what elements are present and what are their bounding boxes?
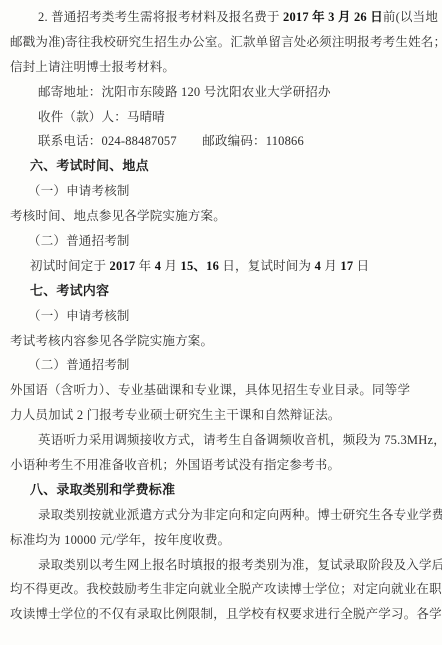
text-run: 月 xyxy=(161,259,180,273)
text-line: （一）申请考核制 xyxy=(0,304,442,329)
text-line: 初试时间定于 2017 年 4 月 15、16 日，复试时间为 4 月 17 日 xyxy=(0,254,442,279)
text-run: 邮戳为准)寄往我校研究生招生办公室。汇款单留言处必须注明报考考生姓名； xyxy=(10,35,442,49)
text-run: 外国语（含听力）、专业基础课和专业课，具体见招生专业目录。同等学 xyxy=(10,383,410,397)
text-run: 信封上请注明博士报考材料。 xyxy=(10,60,175,74)
text-line: 联系电话：024-88487057 邮政编码：110866 xyxy=(0,129,442,154)
text-line: 考核时间、地点参见各学院实施方案。 xyxy=(0,204,442,229)
bold-text-run: 2017 年 3 月 26 日 xyxy=(283,10,383,24)
text-line: 录取类别以考生网上报名时填报的报考类别为准，复试录取阶段及入学后 xyxy=(0,553,442,578)
text-line: 均不得更改。我校鼓励考生非定向就业全脱产攻读博士学位；对定向就业在职 xyxy=(0,577,442,602)
text-line: （一）申请考核制 xyxy=(0,179,442,204)
text-run: 均不得更改。我校鼓励考生非定向就业全脱产攻读博士学位；对定向就业在职 xyxy=(10,582,442,596)
text-run: 七、考试内容 xyxy=(30,283,109,298)
text-run: 2. 普通招考类考生需将报考材料及报名费于 xyxy=(38,10,283,24)
text-run: 收件（款）人：马晴晴 xyxy=(38,110,165,124)
text-line: 外国语（含听力）、专业基础课和专业课，具体见招生专业目录。同等学 xyxy=(0,378,442,403)
text-line: 英语听力采用调频接收方式，请考生自备调频收音机，频段为 75.3MHz， xyxy=(0,428,442,453)
text-line: 小语种考生不用准备收音机；外国语考试没有指定参考书。 xyxy=(0,453,442,478)
text-run: （一）申请考核制 xyxy=(28,184,130,198)
text-line: 邮戳为准)寄往我校研究生招生办公室。汇款单留言处必须注明报考考生姓名； xyxy=(0,30,442,55)
text-run: 力人员加试 2 门报考专业硕士研究生主干课和自然辩证法。 xyxy=(10,408,341,422)
text-run: 六、考试时间、地点 xyxy=(30,158,149,173)
text-run: （二）普通招考制 xyxy=(28,234,130,248)
text-run: 标准均为 10000 元/学年，按年度收费。 xyxy=(10,533,230,547)
text-run: （一）申请考核制 xyxy=(28,309,130,323)
bold-text-run: 2017 xyxy=(110,259,136,273)
bold-text-run: 17 xyxy=(340,259,353,273)
text-line: 录取类别按就业派遣方式分为非定向和定向两种。博士研究生各专业学费 xyxy=(0,503,442,528)
section-heading: 八、录取类别和学费标准 xyxy=(0,478,442,503)
text-run: 英语听力采用调频接收方式，请考生自备调频收音机，频段为 75.3MHz， xyxy=(38,433,442,447)
text-run: 年 xyxy=(135,259,154,273)
bold-text-run: 15、16 xyxy=(181,259,220,273)
text-line: 攻读博士学位的不仅有录取比例限制，且学校有权要求进行全脱产学习。各学 xyxy=(0,602,442,627)
section-heading: 六、考试时间、地点 xyxy=(0,154,442,179)
text-line: （二）普通招考制 xyxy=(0,353,442,378)
text-run: 考试考核内容参见各学院实施方案。 xyxy=(10,334,213,348)
text-run: 八、录取类别和学费标准 xyxy=(30,482,175,497)
text-line: 考试考核内容参见各学院实施方案。 xyxy=(0,329,442,354)
text-run: 邮寄地址：沈阳市东陵路 120 号沈阳农业大学研招办 xyxy=(38,85,331,99)
text-run: 前(以当地 xyxy=(383,10,438,24)
text-line: 信封上请注明博士报考材料。 xyxy=(0,55,442,80)
section-heading: 七、考试内容 xyxy=(0,279,442,304)
text-run: 初试时间定于 xyxy=(30,259,110,273)
text-run: 录取类别以考生网上报名时填报的报考类别为准，复试录取阶段及入学后 xyxy=(38,558,442,572)
text-run: 小语种考生不用准备收音机；外国语考试没有指定参考书。 xyxy=(10,458,340,472)
text-run: 攻读博士学位的不仅有录取比例限制，且学校有权要求进行全脱产学习。各学 xyxy=(10,607,442,621)
text-line: 力人员加试 2 门报考专业硕士研究生主干课和自然辩证法。 xyxy=(0,403,442,428)
text-line: 2. 普通招考类考生需将报考材料及报名费于 2017 年 3 月 26 日前(以… xyxy=(0,5,442,30)
text-line: 邮寄地址：沈阳市东陵路 120 号沈阳农业大学研招办 xyxy=(0,80,442,105)
text-run: （二）普通招考制 xyxy=(28,358,130,372)
text-run: 录取类别按就业派遣方式分为非定向和定向两种。博士研究生各专业学费 xyxy=(38,508,442,522)
text-run: 考核时间、地点参见各学院实施方案。 xyxy=(10,209,226,223)
document-page: 2. 普通招考类考生需将报考材料及报名费于 2017 年 3 月 26 日前(以… xyxy=(0,0,442,645)
text-line: 收件（款）人：马晴晴 xyxy=(0,105,442,130)
text-run: 月 xyxy=(321,259,340,273)
text-run: 日 xyxy=(353,259,369,273)
text-run: 联系电话：024-88487057 邮政编码：110866 xyxy=(38,134,304,148)
text-run: 日，复试时间为 xyxy=(219,259,315,273)
text-line: （二）普通招考制 xyxy=(0,229,442,254)
text-line: 标准均为 10000 元/学年，按年度收费。 xyxy=(0,528,442,553)
